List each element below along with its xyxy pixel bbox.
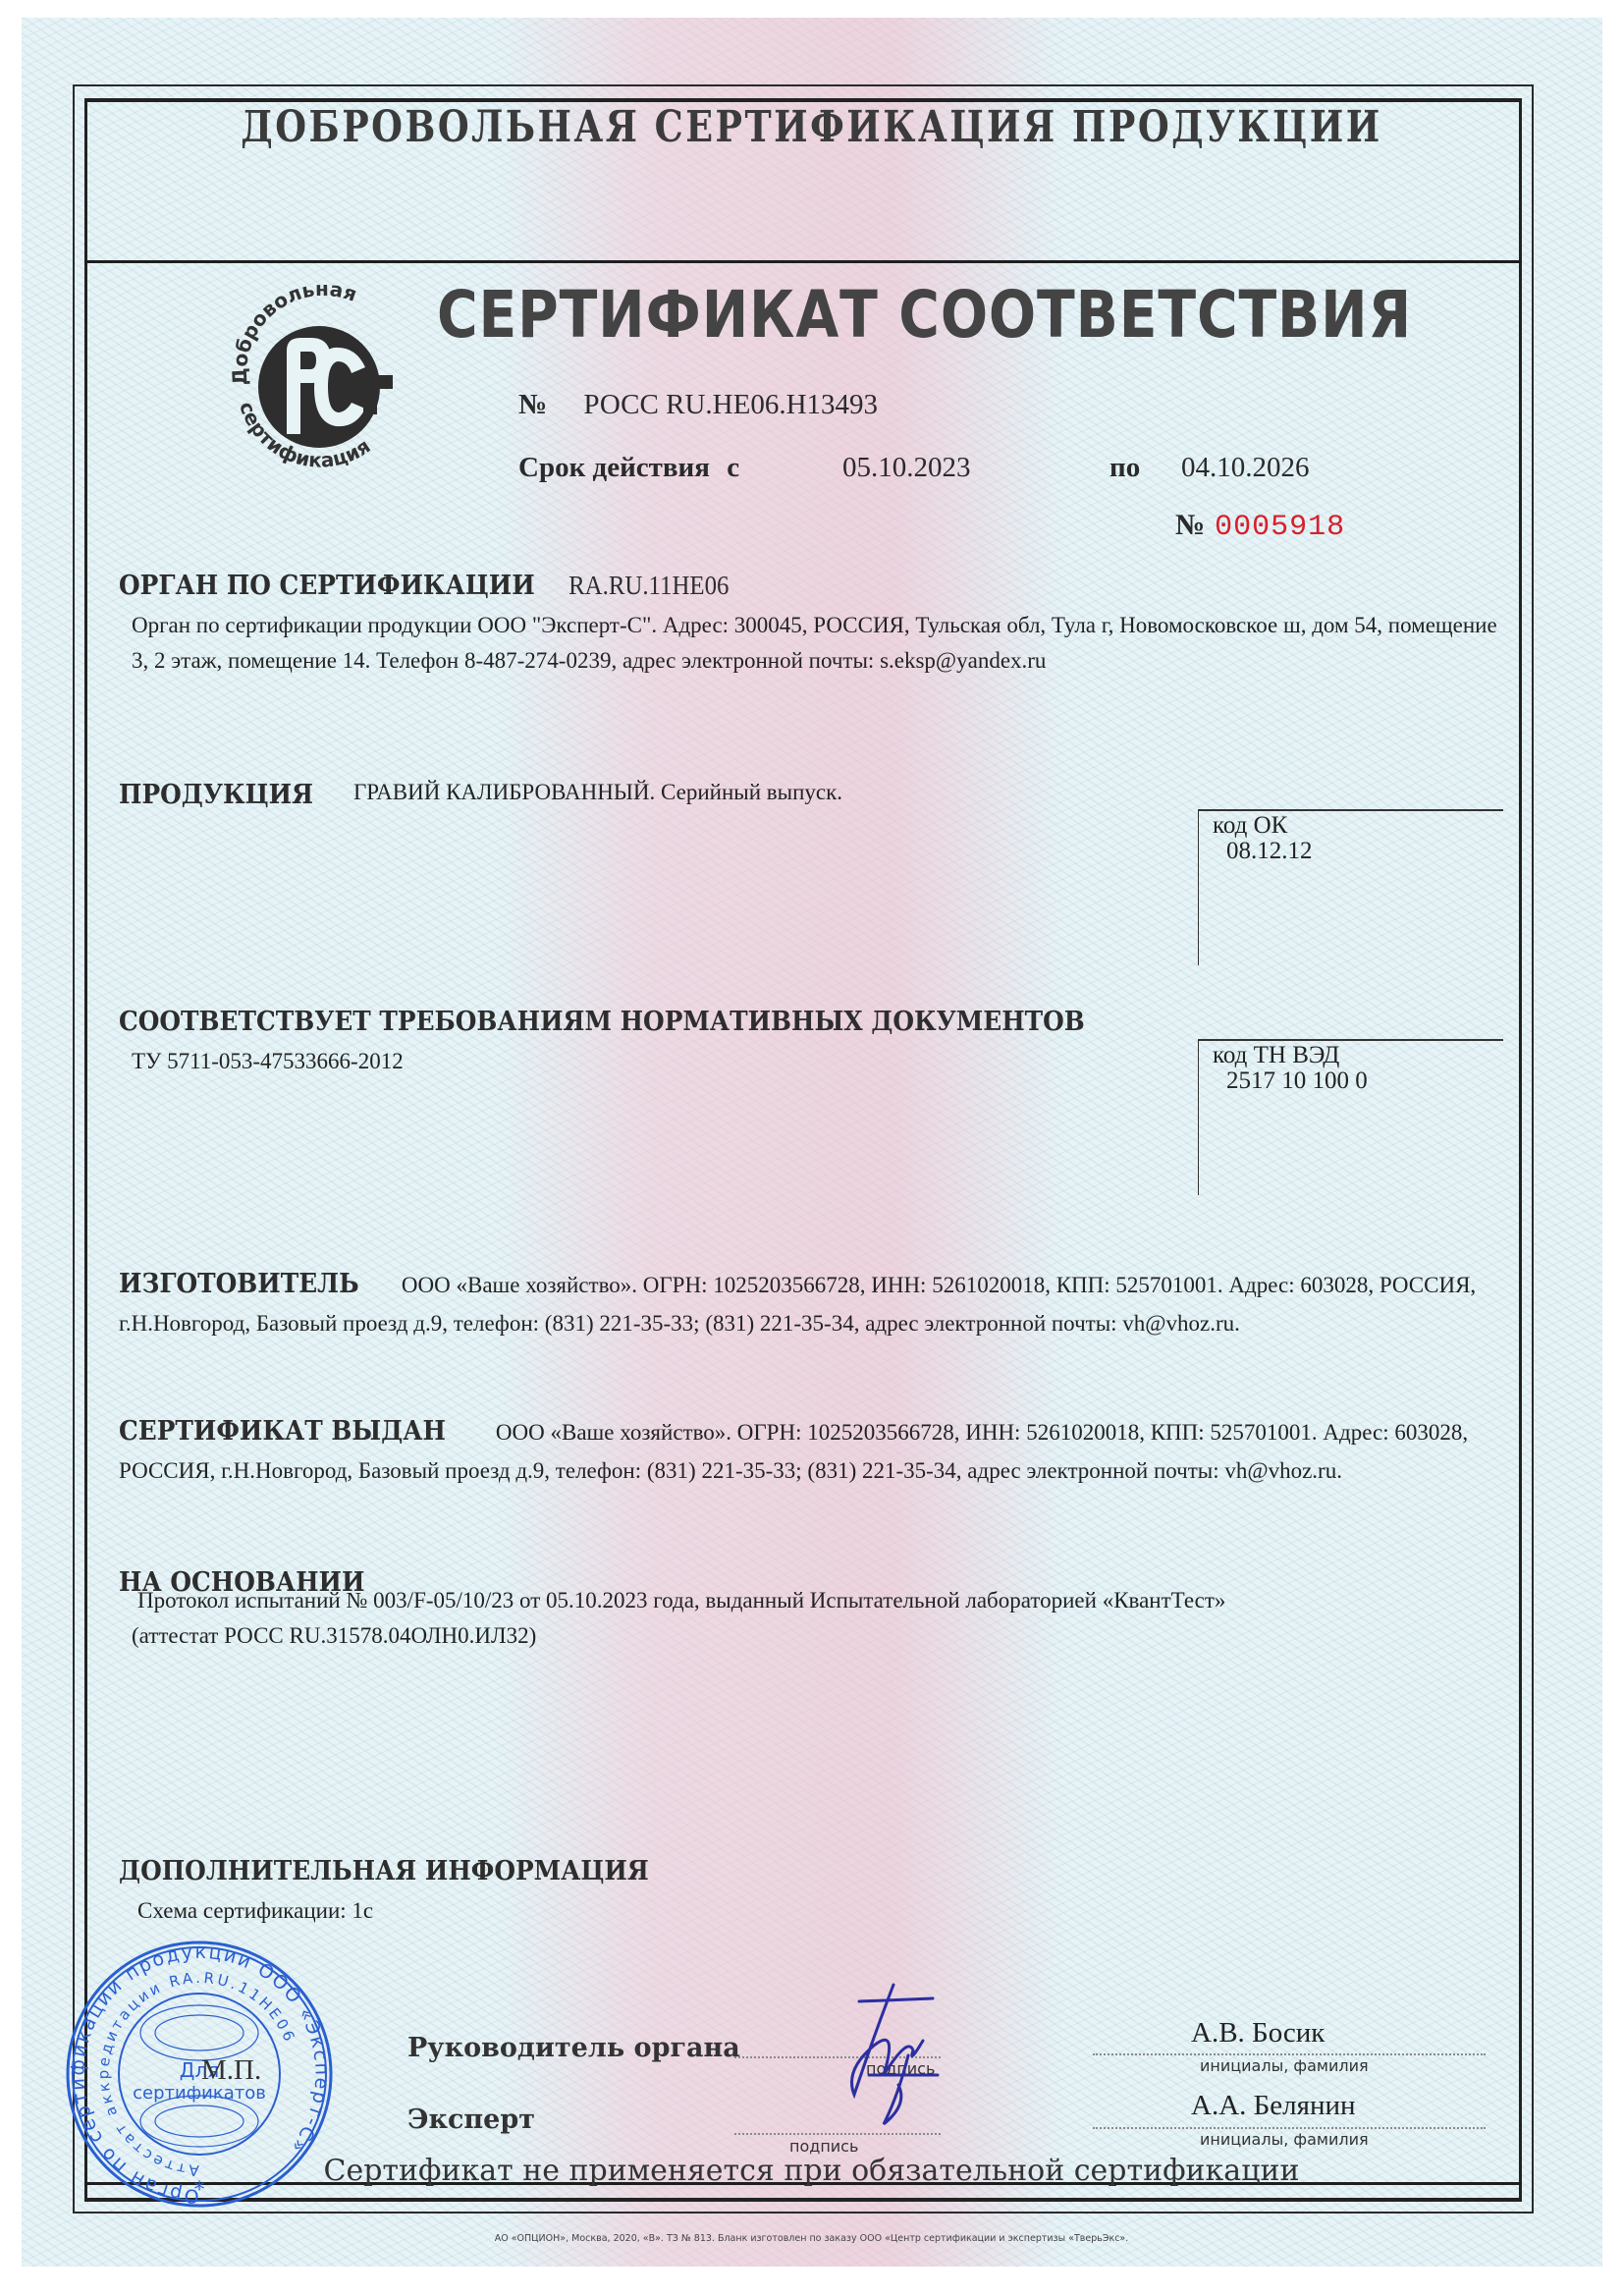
seal-place-label: М.П.: [201, 2054, 261, 2087]
basis-line-2: (аттестат РОСС RU.31578.04ОЛН0.ИЛ32): [132, 1618, 536, 1654]
ok-code-value: 08.12.12: [1226, 839, 1313, 864]
rst-logo-icon: Добровольная сертификация: [218, 277, 424, 483]
certification-body-text: Орган по сертификации продукции ООО "Экс…: [132, 608, 1506, 679]
blank-number: №0005918: [1175, 509, 1345, 544]
tnved-code-box: код ТН ВЭД 2517 10 100 0: [1198, 1039, 1503, 1195]
additional-info-heading: ДОПОЛНИТЕЛЬНАЯ ИНФОРМАЦИЯ: [119, 1856, 649, 1886]
head-name: А.В. Босик: [1191, 2017, 1325, 2050]
ok-code-box: код ОК 08.12.12: [1198, 809, 1503, 965]
printer-imprint: АО «ОПЦИОН», Москва, 2020, «В». ТЗ № 813…: [0, 2233, 1623, 2244]
head-of-body-label: Руководитель органа: [407, 2033, 740, 2063]
footer-notice: Сертификат не применяется при обязательн…: [0, 2154, 1623, 2188]
certification-body-heading: ОРГАН ПО СЕРТИФИКАЦИИ RA.RU.11НЕ06: [119, 571, 729, 601]
issued-to-block: СЕРТИФИКАТ ВЫДАНООО «Ваше хозяйство». ОГ…: [119, 1414, 1493, 1492]
validity-to-label: по: [1109, 452, 1140, 484]
validity-label: Срок действия с: [518, 452, 739, 484]
head-name-caption: инициалы, фамилия: [1200, 2056, 1369, 2075]
handwritten-signature-icon: [815, 1977, 962, 2144]
tnved-code-label: код ТН ВЭД: [1213, 1043, 1339, 1068]
expert-name-line: [1093, 2127, 1486, 2129]
valid-to-date: 04.10.2026: [1181, 452, 1310, 484]
tnved-code-value: 2517 10 100 0: [1226, 1068, 1368, 1094]
basis-line-1: Протокол испытаний № 003/F-05/10/23 от 0…: [137, 1583, 1225, 1618]
issued-to-heading: СЕРТИФИКАТ ВЫДАН: [119, 1414, 446, 1449]
certificate-number-row: № РОСС RU.НЕ06.Н13493: [518, 389, 878, 421]
certification-body-code: RA.RU.11НЕ06: [568, 571, 729, 600]
main-title: СЕРТИФИКАТ СООТВЕТСТВИЯ: [437, 277, 1412, 353]
blank-serial-number: 0005918: [1215, 511, 1345, 544]
manufacturer-block: ИЗГОТОВИТЕЛЬООО «Ваше хозяйство». ОГРН: …: [119, 1267, 1493, 1344]
standards-heading: СООТВЕТСТВУЕТ ТРЕБОВАНИЯМ НОРМАТИВНЫХ ДО…: [119, 1007, 1085, 1037]
standards-text: ТУ 5711-053-47533666-2012: [132, 1044, 404, 1079]
certification-scheme: Схема сертификации: 1с: [137, 1893, 373, 1929]
number-sign: №: [518, 389, 547, 420]
expert-name: А.А. Белянин: [1191, 2090, 1356, 2122]
header-divider: [84, 260, 1522, 263]
valid-from-date: 05.10.2023: [842, 452, 971, 484]
ok-code-label: код ОК: [1213, 813, 1287, 839]
manufacturer-heading: ИЗГОТОВИТЕЛЬ: [119, 1267, 359, 1302]
expert-name-caption: инициалы, фамилия: [1200, 2130, 1369, 2149]
product-text: ГРАВИЙ КАЛИБРОВАННЫЙ. Серийный выпуск.: [353, 775, 842, 810]
certificate-number: РОСС RU.НЕ06.Н13493: [583, 389, 878, 420]
top-title: ДОБРОВОЛЬНАЯ СЕРТИФИКАЦИЯ ПРОДУКЦИИ: [138, 102, 1486, 152]
expert-label: Эксперт: [407, 2105, 535, 2135]
validity-from-label: с: [727, 452, 739, 483]
head-name-line: [1093, 2053, 1486, 2055]
product-heading: ПРОДУКЦИЯ: [119, 780, 313, 810]
